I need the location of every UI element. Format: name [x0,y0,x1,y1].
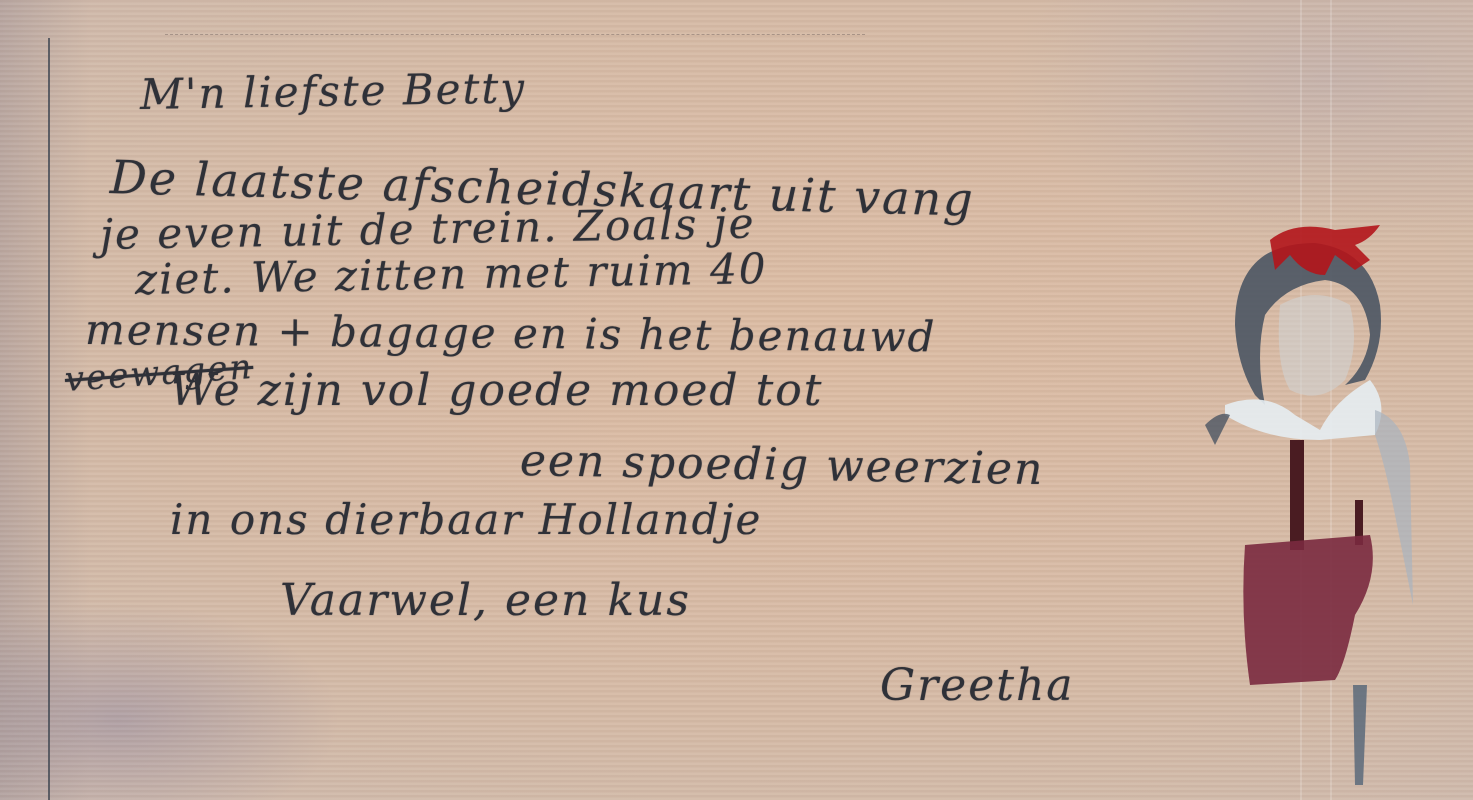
margin-rule [48,38,50,800]
letter-line: We zijn vol goede moed tot [170,365,823,416]
face-icon [1279,295,1354,396]
signature: Greetha [880,660,1075,711]
leg-icon [1353,685,1367,785]
painted-girl-figure [1195,215,1435,800]
top-rule [165,34,865,36]
letter-line: een spoedig weerzien [520,435,1045,495]
strap-icon [1290,440,1304,550]
letter-closing: Vaarwel, een kus [280,575,691,626]
letter-line: in ons dierbaar Hollandje [170,495,762,544]
right-arm-icon [1375,410,1413,605]
skirt-icon [1243,535,1373,685]
letter-salutation: M'n liefste Betty [140,63,527,119]
left-arm-icon [1205,414,1230,445]
